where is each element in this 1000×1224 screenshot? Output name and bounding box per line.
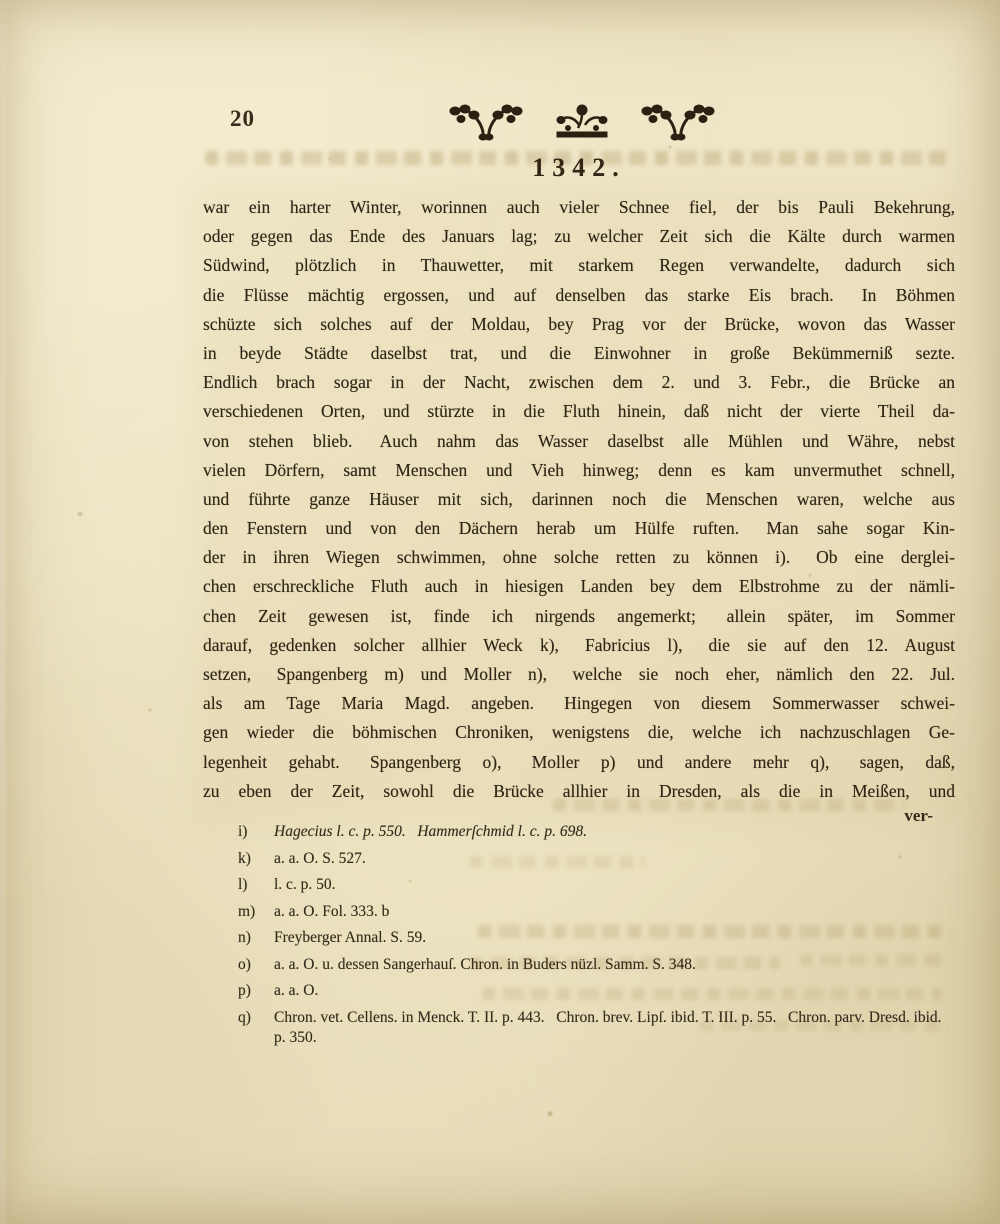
footnote-text: a. a. O. — [274, 981, 954, 1001]
text-line: der in ihren Wiegen schwimmen, ohne solc… — [203, 543, 955, 572]
footnote: q) Chron. vet. Cellens. in Menck. T. II.… — [238, 1008, 954, 1048]
fleuron-sprig-right-icon — [639, 102, 717, 142]
text-line: gen wieder die böhmischen Chroniken, wen… — [203, 718, 955, 747]
text-line: chen erschreckliche Fluth auch in hiesig… — [203, 572, 955, 601]
fleuron-crown-center-icon — [551, 102, 613, 142]
footnote-text: Chron. vet. Cellens. in Menck. T. II. p.… — [274, 1008, 954, 1048]
text-line: Südwind, plötzlich in Thauwetter, mit st… — [203, 251, 955, 280]
footnote: p) a. a. O. — [238, 981, 954, 1001]
footnote: l) l. c. p. 50. — [238, 875, 954, 895]
text-line: setzen, Spangenberg m) und Moller n), we… — [203, 660, 955, 689]
text-line: zu eben der Zeit, sowohl die Brücke allh… — [203, 777, 955, 806]
fleuron-sprig-left-icon — [447, 102, 525, 142]
footnote-text: a. a. O. u. dessen Sangerhauſ. Chron. in… — [274, 955, 954, 975]
text-line: und führte ganze Häuser mit sich, darinn… — [203, 485, 955, 514]
footnote-marker: q) — [238, 1008, 274, 1028]
text-line: die Flüsse mächtig ergossen, und auf den… — [203, 281, 955, 310]
text-line: von stehen blieb. Auch nahm das Wasser d… — [203, 427, 955, 456]
text-line: in beyde Städte daselbst trat, und die E… — [203, 339, 955, 368]
footnotes-block: i) Hagecius l. c. p. 550. Hammerſchmid l… — [238, 822, 954, 1054]
footnote: o) a. a. O. u. dessen Sangerhauſ. Chron.… — [238, 955, 954, 975]
main-text-block: war ein harter Winter, worinnen auch vie… — [203, 193, 955, 806]
text-line: war ein harter Winter, worinnen auch vie… — [203, 193, 955, 222]
text-line: Endlich brach sogar in der Nacht, zwisch… — [203, 368, 955, 397]
footnote-text: a. a. O. S. 527. — [274, 849, 954, 869]
text-line: verschiedenen Orten, und stürzte in die … — [203, 397, 955, 426]
footnote-text: Freyberger Annal. S. 59. — [274, 928, 954, 948]
page-number: 20 — [230, 106, 255, 132]
footnote-text: Hagecius l. c. p. 550. Hammerſchmid l. c… — [274, 822, 954, 842]
footnote: i) Hagecius l. c. p. 550. Hammerſchmid l… — [238, 822, 954, 842]
text-line: darauf, gedenken solcher allhier Weck k)… — [203, 631, 955, 660]
text-line: den Fenstern und von den Dächern herab u… — [203, 514, 955, 543]
footnote-marker: k) — [238, 849, 274, 869]
footnote-marker: i) — [238, 822, 274, 842]
footnote-text: a. a. O. Fol. 333. b — [274, 902, 954, 922]
footnote: k) a. a. O. S. 527. — [238, 849, 954, 869]
footnote-marker: m) — [238, 902, 274, 922]
footnote: m) a. a. O. Fol. 333. b — [238, 902, 954, 922]
book-page-scan: 20 — [0, 0, 1000, 1224]
text-line: chen Zeit gewesen ist, finde ich nirgend… — [203, 602, 955, 631]
footnote: n) Freyberger Annal. S. 59. — [238, 928, 954, 948]
year-heading: 1342. — [203, 153, 955, 183]
footnote-marker: n) — [238, 928, 274, 948]
text-line: als am Tage Maria Magd. angeben. Hingege… — [203, 689, 955, 718]
text-line: schüzte sich solches auf der Moldau, bey… — [203, 310, 955, 339]
footnote-text: l. c. p. 50. — [274, 875, 954, 895]
text-line: vielen Dörfern, samt Menschen und Vieh h… — [203, 456, 955, 485]
footnote-marker: p) — [238, 981, 274, 1001]
footnote-marker: o) — [238, 955, 274, 975]
footnote-marker: l) — [238, 875, 274, 895]
text-line: oder gegen das Ende des Januars lag; zu … — [203, 222, 955, 251]
header-ornaments — [447, 100, 717, 144]
text-line: legenheit gehabt. Spangenberg o), Moller… — [203, 748, 955, 777]
